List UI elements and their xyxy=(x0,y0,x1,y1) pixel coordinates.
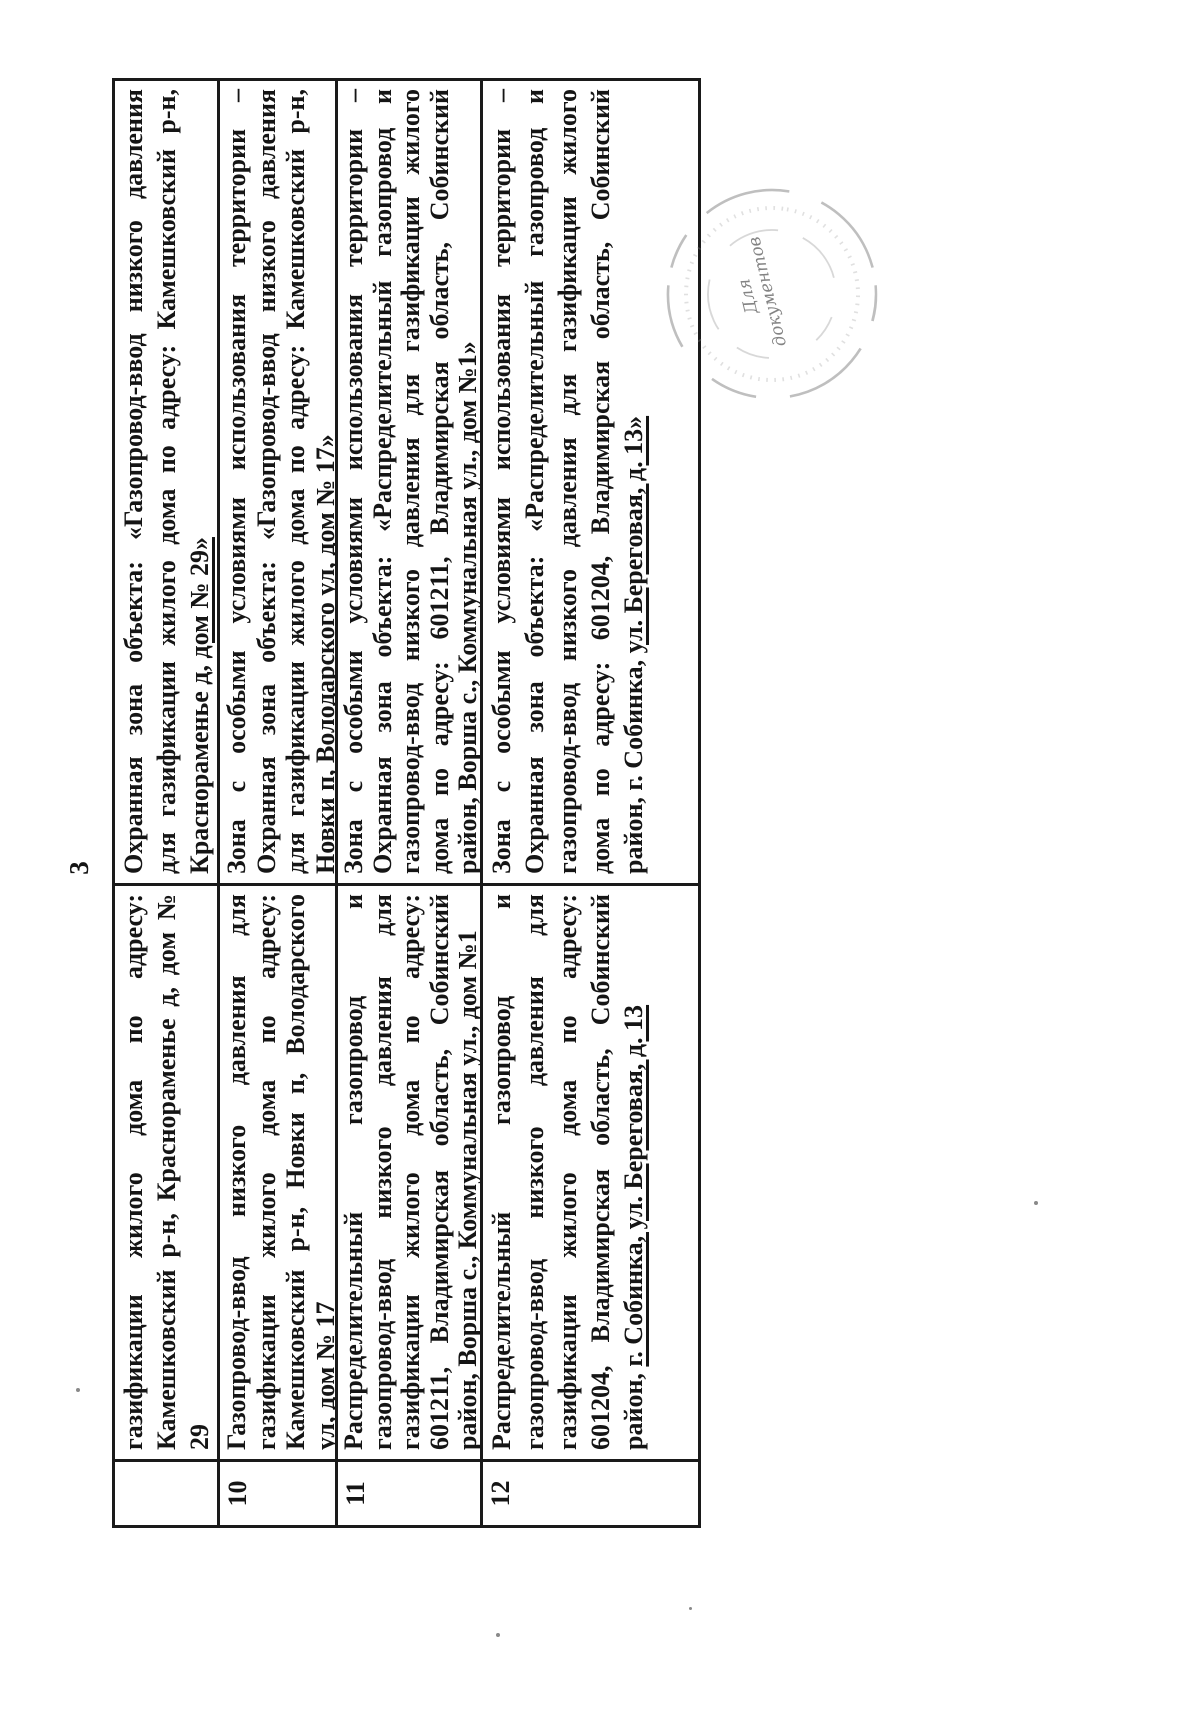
row-number-cell: 11 xyxy=(338,1459,483,1525)
underlined-text: дом № 17» xyxy=(311,434,339,556)
underlined-text: дом № 17 xyxy=(311,1302,339,1411)
object-description-cell: Газопровод-ввод низкого давления длягази… xyxy=(220,883,338,1459)
text-segment: Камешковский р-н, Краснораменье д, дом № xyxy=(152,894,181,1450)
text-line: для газификации жилого дома по адресу: К… xyxy=(150,89,183,874)
scan-speck xyxy=(496,1633,500,1637)
text-segment: газопровод-ввод низкого давления для газ… xyxy=(553,89,582,874)
text-segment: Зона с особыми условиями использования т… xyxy=(339,89,368,874)
text-line: газификации жилого дома по адресу: xyxy=(252,894,282,1450)
text-segment: газификации жилого дома по адресу: xyxy=(396,894,425,1450)
text-segment: для газификации жилого дома по адресу: К… xyxy=(152,89,181,874)
text-segment: газификации жилого дома по адресу: xyxy=(252,894,281,1450)
text-segment: Распределительный газопровод и xyxy=(339,894,368,1450)
text-line: газопровод-ввод низкого давления для xyxy=(369,894,398,1450)
text-segment: Зона с особыми условиями использования т… xyxy=(487,89,516,874)
text-line: Зона с особыми условиями использования т… xyxy=(340,89,369,874)
text-line: Газопровод-ввод низкого давления для xyxy=(222,894,252,1450)
scan-speck xyxy=(1034,1201,1038,1205)
text-line: ул, дом № 17 xyxy=(311,894,339,1450)
text-segment: Новки п, Володарского ул, xyxy=(311,556,339,874)
text-segment: Охранная зона объекта: «Газопровод-ввод … xyxy=(252,89,281,874)
text-segment: Охранная зона объекта: «Распределительны… xyxy=(368,89,397,874)
underlined-text: г. Собинка, ул. Береговая, д. 13 xyxy=(619,1005,648,1367)
row-number-cell: 10 xyxy=(220,1459,338,1525)
object-description-cell: Распределительный газопровод игазопровод… xyxy=(338,883,483,1459)
row-number-cell xyxy=(115,1459,220,1525)
text-segment: дома по адресу: 601211, Владимирская обл… xyxy=(425,89,454,874)
text-segment: район, г. Собинка, xyxy=(619,653,648,874)
ink-stamp: Для документов xyxy=(660,182,884,406)
scan-speck xyxy=(689,1607,692,1610)
text-segment: газификации жилого дома по адресу: xyxy=(119,894,148,1450)
text-segment: дома по адресу: 601204, Владимирская обл… xyxy=(586,89,615,874)
text-segment: газопровод-ввод низкого давления для xyxy=(520,894,549,1450)
text-line: Охранная зона объекта: «Распределительны… xyxy=(518,89,551,874)
landscape-sheet: 3 газификации жилого дома по адресу:Каме… xyxy=(0,0,1200,1718)
text-segment: газификации жилого дома по адресу: xyxy=(553,894,582,1450)
text-line: район, Ворша с., Коммунальная ул., дом №… xyxy=(454,894,483,1450)
text-segment: Камешковский р-н, Новки п, Володарского xyxy=(281,894,310,1450)
text-line: Зона с особыми условиями использования т… xyxy=(485,89,518,874)
object-description-cell: Распределительный газопровод игазопровод… xyxy=(483,883,698,1459)
text-segment: 29 xyxy=(185,1424,214,1450)
text-line: Краснораменье д, дом № 29» xyxy=(183,89,216,874)
zone-description-cell: Охранная зона объекта: «Газопровод-ввод … xyxy=(115,81,220,883)
text-segment: ул, xyxy=(311,1410,339,1450)
text-segment: газопровод-ввод низкого давления для газ… xyxy=(396,89,425,874)
text-line: Охранная зона объекта: «Газопровод-ввод … xyxy=(117,89,150,874)
zones-table: газификации жилого дома по адресу:Камешк… xyxy=(112,78,701,1528)
text-segment: Краснораменье д, xyxy=(185,659,214,874)
text-line: дома по адресу: 601211, Владимирская обл… xyxy=(426,89,455,874)
scanned-page: 3 газификации жилого дома по адресу:Каме… xyxy=(0,0,1200,1718)
text-line: Зона с особыми условиями использования т… xyxy=(222,89,252,874)
text-line: район, Ворша с., Коммунальная ул., дом №… xyxy=(454,89,483,874)
object-description-cell: газификации жилого дома по адресу:Камешк… xyxy=(115,883,220,1459)
text-segment: район, xyxy=(619,1367,648,1450)
underlined-text: ул. Береговая, д. 13» xyxy=(619,416,648,653)
text-line: Камешковский р-н, Новки п, Володарского xyxy=(281,894,311,1450)
text-line: газификации жилого дома по адресу: xyxy=(117,894,150,1450)
text-line: газопровод-ввод низкого давления для газ… xyxy=(397,89,426,874)
text-line: район, г. Собинка, ул. Береговая, д. 13 xyxy=(617,894,650,1450)
text-segment: район, xyxy=(453,791,482,874)
text-segment: газопровод-ввод низкого давления для xyxy=(368,894,397,1450)
text-line: газопровод-ввод низкого давления для газ… xyxy=(551,89,584,874)
text-segment: 601204, Владимирская область, Собинский xyxy=(586,894,615,1450)
underlined-text: Ворша с., Коммунальная ул., дом №1» xyxy=(453,341,482,790)
text-segment: Зона с особыми условиями использования т… xyxy=(222,89,251,874)
underlined-text: дом № 29» xyxy=(185,537,214,659)
text-segment: район, xyxy=(453,1367,482,1450)
scan-speck xyxy=(76,1388,80,1392)
text-segment: Распределительный газопровод и xyxy=(487,894,516,1450)
text-line: Охранная зона объекта: «Распределительны… xyxy=(369,89,398,874)
text-line: для газификации жилого дома по адресу: К… xyxy=(281,89,311,874)
text-segment: для газификации жилого дома по адресу: К… xyxy=(281,89,310,874)
text-line: газификации жилого дома по адресу: xyxy=(551,894,584,1450)
text-line: 601211, Владимирская область, Собинский xyxy=(426,894,455,1450)
text-line: район, г. Собинка, ул. Береговая, д. 13» xyxy=(617,89,650,874)
zone-description-cell: Зона с особыми условиями использования т… xyxy=(220,81,338,883)
text-segment: Охранная зона объекта: «Газопровод-ввод … xyxy=(119,89,148,874)
row-number-cell: 12 xyxy=(483,1459,698,1525)
text-line: 29 xyxy=(183,894,216,1450)
text-line: Камешковский р-н, Краснораменье д, дом № xyxy=(150,894,183,1450)
text-line: Новки п, Володарского ул, дом № 17» xyxy=(311,89,339,874)
text-segment: 601211, Владимирская область, Собинский xyxy=(425,894,454,1450)
text-segment: Газопровод-ввод низкого давления для xyxy=(222,894,251,1450)
text-line: Распределительный газопровод и xyxy=(340,894,369,1450)
text-line: Охранная зона объекта: «Газопровод-ввод … xyxy=(252,89,282,874)
zone-description-cell: Зона с особыми условиями использования т… xyxy=(338,81,483,883)
text-line: Распределительный газопровод и xyxy=(485,894,518,1450)
page-number: 3 xyxy=(64,844,95,892)
text-segment: Охранная зона объекта: «Распределительны… xyxy=(520,89,549,874)
text-line: газификации жилого дома по адресу: xyxy=(397,894,426,1450)
text-line: 601204, Владимирская область, Собинский xyxy=(584,894,617,1450)
underlined-text: Ворша с., Коммунальная ул., дом №1 xyxy=(453,930,482,1366)
text-line: газопровод-ввод низкого давления для xyxy=(518,894,551,1450)
text-line: дома по адресу: 601204, Владимирская обл… xyxy=(584,89,617,874)
